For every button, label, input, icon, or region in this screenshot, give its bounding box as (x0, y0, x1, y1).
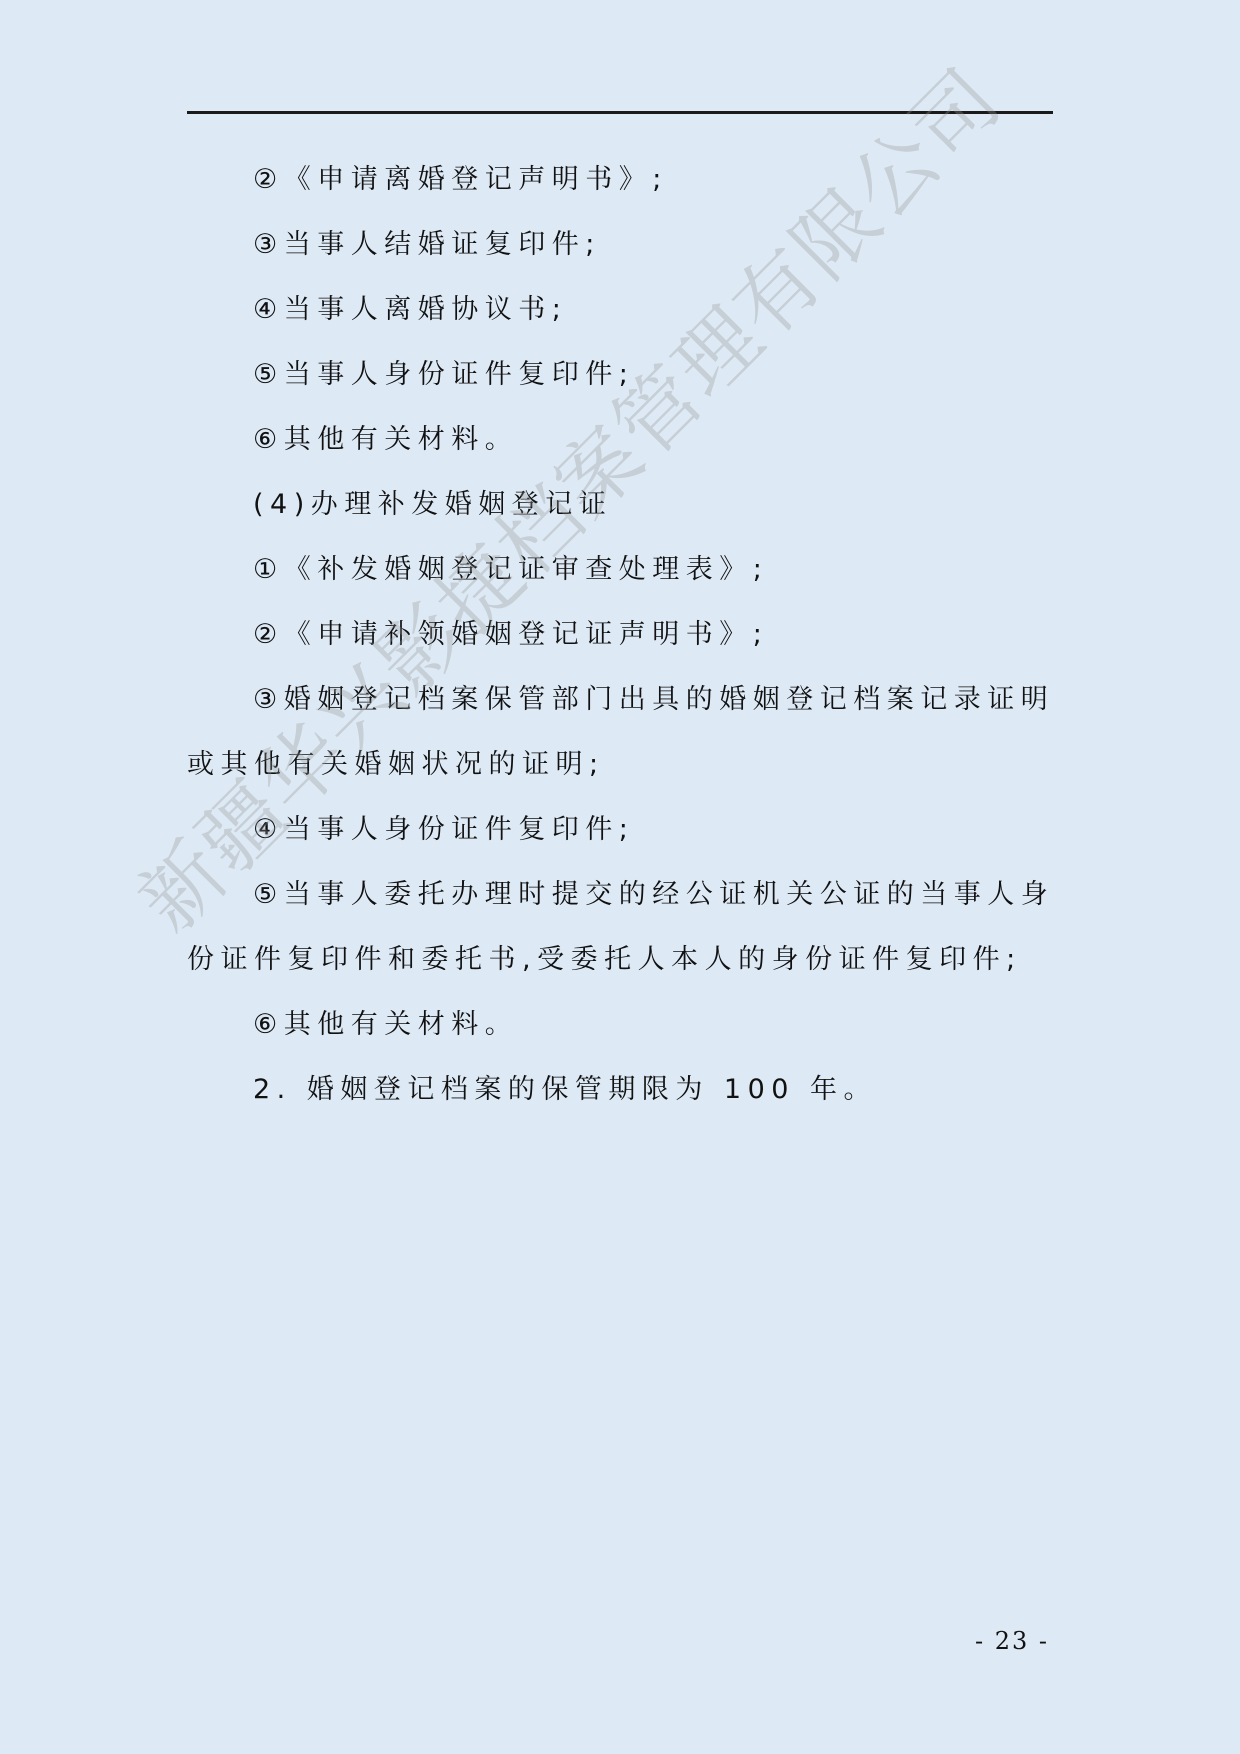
list-item-reissue-review-form: ①《补发婚姻登记证审查处理表》; (253, 553, 768, 587)
list-item-id-copy-2: ④当事人身份证件复印件; (253, 813, 634, 847)
section-heading-reissue: (4)办理补发婚姻登记证 (253, 488, 612, 522)
list-item-reissue-declaration: ②《申请补领婚姻登记证声明书》; (253, 618, 768, 652)
list-item-other-materials-2: ⑥其他有关材料。 (253, 1008, 518, 1042)
list-item-marriage-cert-copy: ③当事人结婚证复印件; (253, 228, 601, 262)
list-item-other-materials: ⑥其他有关材料。 (253, 423, 518, 457)
header-rule (187, 111, 1053, 114)
list-item-notarized-proxy-cont: 份证件复印件和委托书,受委托人本人的身份证件复印件; (187, 943, 1022, 977)
list-item-divorce-agreement: ④当事人离婚协议书; (253, 293, 567, 327)
list-item-archive-record-proof-cont: 或其他有关婚姻状况的证明; (187, 748, 605, 782)
list-item-divorce-declaration: ②《申请离婚登记声明书》; (253, 163, 668, 197)
retention-period-statement: 2. 婚姻登记档案的保管期限为 100 年。 (253, 1073, 877, 1107)
list-item-notarized-proxy: ⑤当事人委托办理时提交的经公证机关公证的当事人身 (253, 878, 1054, 912)
page-number: - 23 - (975, 1627, 1049, 1655)
list-item-id-copy: ⑤当事人身份证件复印件; (253, 358, 634, 392)
list-item-archive-record-proof: ③婚姻登记档案保管部门出具的婚姻登记档案记录证明 (253, 683, 1054, 717)
